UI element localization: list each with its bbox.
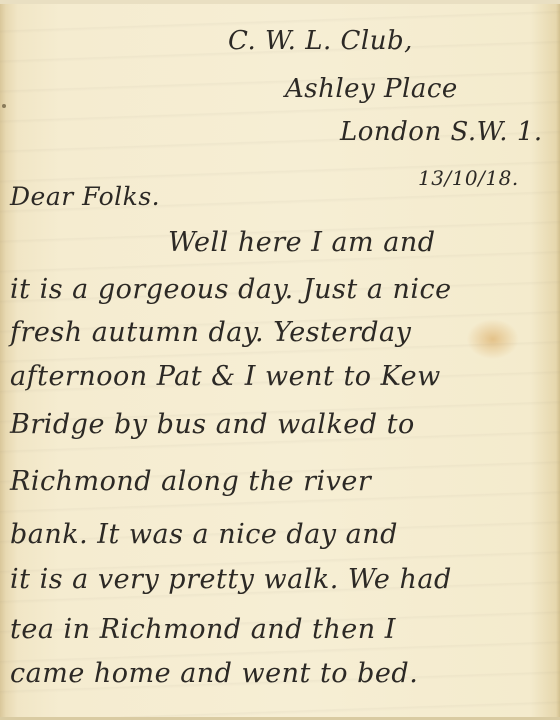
letter-page: C. W. L. Club, Ashley Place London S.W. …	[0, 0, 560, 720]
body-line-3: fresh autumn day. Yesterday	[10, 317, 411, 348]
margin-mark	[2, 104, 6, 108]
body-line-4: afternoon Pat & I went to Kew	[10, 361, 441, 392]
body-line-1: Well here I am and	[168, 227, 436, 258]
header-club: C. W. L. Club,	[228, 26, 413, 56]
body-line-10: came home and went to bed.	[10, 658, 418, 689]
letter-date: 13/10/18.	[418, 166, 519, 190]
body-line-9: tea in Richmond and then I	[10, 614, 396, 645]
body-line-6: Richmond along the river	[10, 466, 371, 497]
salutation: Dear Folks.	[10, 182, 160, 211]
header-street: Ashley Place	[285, 74, 458, 104]
body-line-2: it is a gorgeous day. Just a nice	[10, 274, 452, 305]
header-city: London S.W. 1.	[340, 117, 543, 147]
body-line-5: Bridge by bus and walked to	[10, 409, 415, 440]
body-line-7: bank. It was a nice day and	[10, 519, 398, 550]
body-line-8: it is a very pretty walk. We had	[10, 564, 452, 595]
